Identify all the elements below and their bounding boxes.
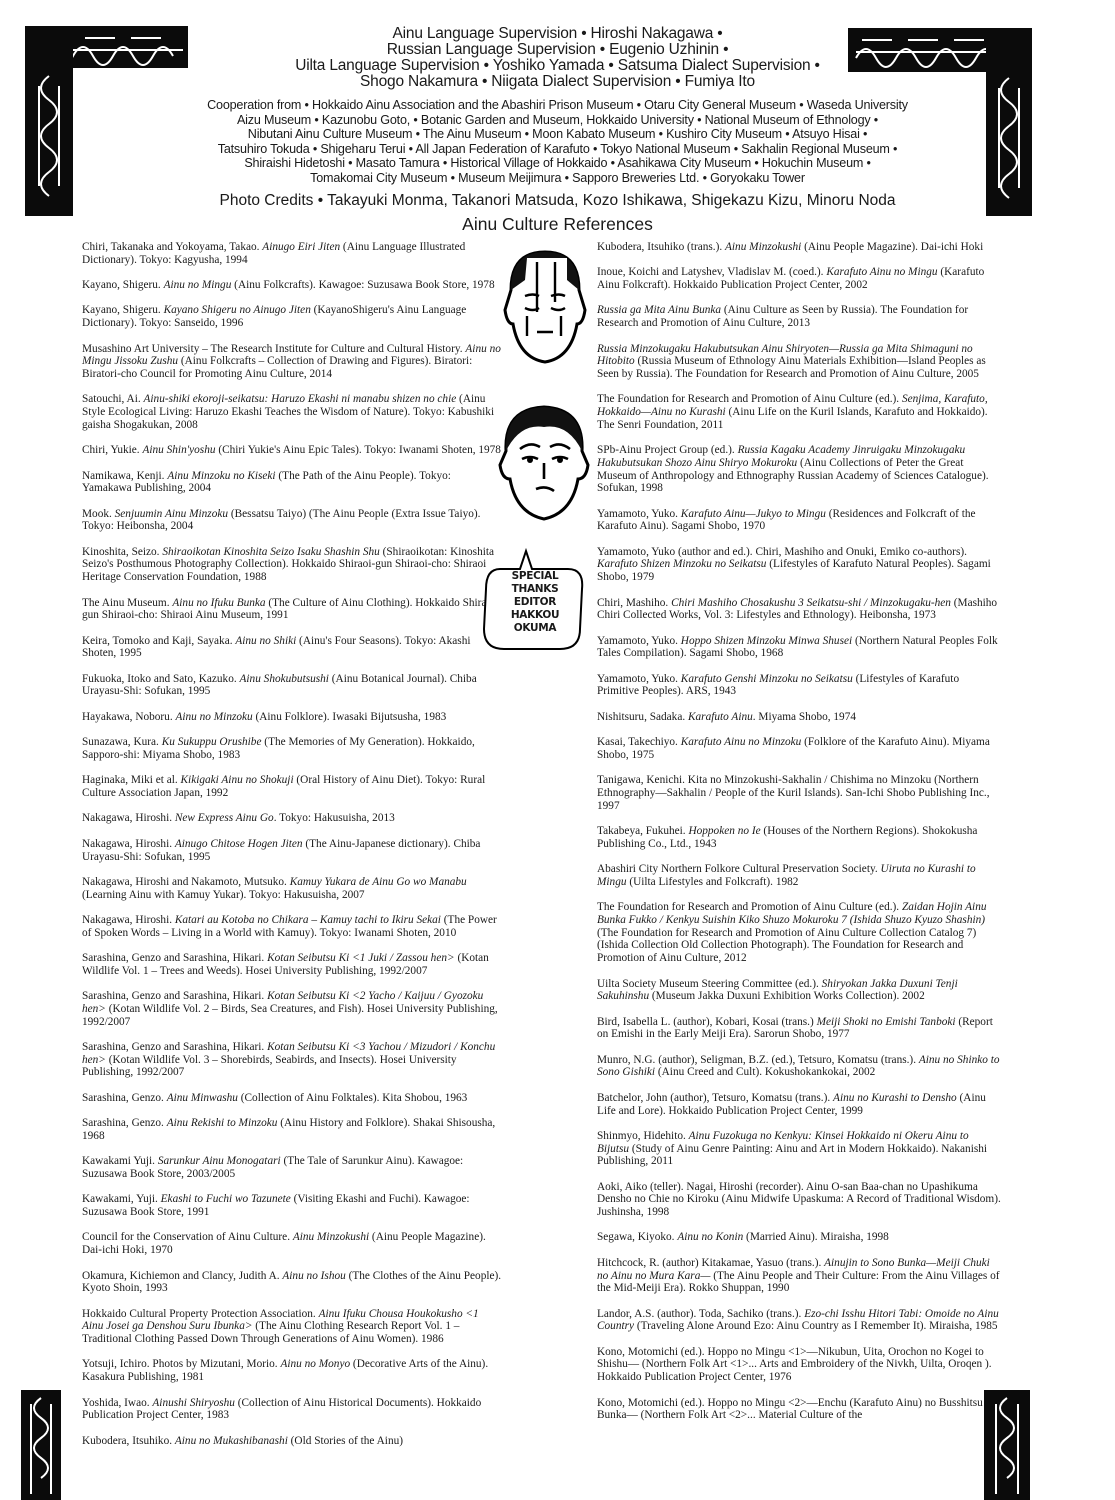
reference-details: (Russia Museum of Ethnology Ainu Materia… [597, 355, 986, 380]
reference-author: Tanigawa, Kenichi. Kita no Minzokushi-Sa… [597, 774, 990, 811]
reference-entry: Tanigawa, Kenichi. Kita no Minzokushi-Sa… [597, 774, 1002, 812]
reference-author: Kubodera, Itsuhiko (trans.). [597, 241, 725, 253]
reference-author: Hokkaido Cultural Property Protection As… [82, 1308, 319, 1320]
reference-entry: Kawakami Yuji. Sarunkur Ainu Monogatari … [82, 1155, 502, 1180]
reference-entry: Aoki, Aiko (teller). Nagai, Hiroshi (rec… [597, 1181, 1002, 1219]
reference-title: Ekashi to Fuchi wo Tazunete [161, 1193, 291, 1205]
reference-title: Ainu no Shiki [235, 635, 296, 647]
reference-title: Katari au Kotoba no Chikara – Kamuy tach… [175, 914, 441, 926]
reference-author: Kasai, Takechiyo. [597, 736, 681, 748]
reference-entry: Mook. Senjuumin Ainu Minzoku (Bessatsu T… [82, 508, 502, 533]
reference-entry: Council for the Conservation of Ainu Cul… [82, 1231, 502, 1256]
reference-entry: Kono, Motomichi (ed.). Hoppo no Mingu <2… [597, 1397, 1002, 1422]
reference-title: Ainu Shin'yoshu [142, 444, 215, 456]
references-heading: Ainu Culture References [100, 213, 1015, 235]
reference-title: Ainu no Mingu [164, 279, 232, 291]
reference-title: Hoppo Shizen Minzoku Minwa Shusei [681, 635, 852, 647]
reference-entry: The Foundation for Research and Promotio… [597, 901, 1002, 965]
reference-details: . Miyama Shobo, 1974 [753, 711, 856, 723]
reference-entry: Namikawa, Kenji. Ainu Minzoku no Kiseki … [82, 470, 502, 495]
reference-author: Hitchcock, R. (author) Kitakamae, Yasuo … [597, 1257, 824, 1269]
reference-entry: SPb-Ainu Project Group (ed.). Russia Kag… [597, 444, 1002, 495]
reference-entry: Yamamoto, Yuko. Karafuto Genshi Minzoku … [597, 673, 1002, 698]
references-left-column: Chiri, Takanaka and Yokoyama, Takao. Ain… [82, 241, 502, 1460]
reference-entry: Chiri, Yukie. Ainu Shin'yoshu (Chiri Yuk… [82, 444, 502, 457]
reference-details: (Ainu Folkcrafts). Kawagoe: Suzusawa Boo… [231, 279, 494, 291]
reference-entry: Landor, A.S. (author). Toda, Sachiko (tr… [597, 1308, 1002, 1333]
reference-author: Kubodera, Itsuhiko. [82, 1435, 175, 1447]
reference-entry: Sarashina, Genzo. Ainu Rekishi to Minzok… [82, 1117, 502, 1142]
reference-author: Bird, Isabella L. (author), Kobari, Kosa… [597, 1016, 817, 1028]
reference-title: Kamuy Yukara de Ainu Go wo Manabu [290, 876, 467, 888]
reference-title: Ainu no Ifuku Bunka [172, 597, 265, 609]
reference-author: Kayano, Shigeru. [82, 304, 164, 316]
character-face-illustration-1 [497, 250, 593, 370]
reference-title: Hoppoken no Ie [688, 825, 760, 837]
reference-entry: Kubodera, Itsuhiko (trans.). Ainu Minzok… [597, 241, 1002, 254]
reference-entry: Kawakami, Yuji. Ekashi to Fuchi wo Tazun… [82, 1193, 502, 1218]
reference-entry: Kasai, Takechiyo. Karafuto Ainu no Minzo… [597, 736, 1002, 761]
corner-ornament-bottom-left [21, 1390, 61, 1500]
reference-entry: Russia ga Mita Ainu Bunka (Ainu Culture … [597, 304, 1002, 329]
reference-author: Sarashina, Genzo and Sarashina, Hikari. [82, 990, 267, 1002]
reference-author: Yotsuji, Ichiro. Photos by Mizutani, Mor… [82, 1358, 280, 1370]
reference-details: (Ainu Folklore). Iwasaki Bijutsusha, 198… [253, 711, 447, 723]
reference-author: Sarashina, Genzo and Sarashina, Hikari. [82, 1041, 267, 1053]
ainu-pattern-icon [25, 26, 73, 216]
reference-details: (Uilta Lifestyles and Folkcraft). 1982 [627, 876, 799, 888]
reference-title: Ku Sukuppu Orushibe [162, 736, 262, 748]
reference-entry: Kinoshita, Seizo. Shiraoikotan Kinoshita… [82, 546, 502, 584]
reference-title: Ainugo Chitose Hogen Jiten [175, 838, 303, 850]
reference-author: The Foundation for Research and Promotio… [597, 393, 902, 405]
reference-title: Ainu Minzokushi [725, 241, 801, 253]
cooperation-line: Shiraishi Hidetoshi • Masato Tamura • Hi… [100, 156, 1015, 171]
reference-title: Karafuto Ainu no Mingu [826, 266, 937, 278]
reference-entry: Abashiri City Northern Folkore Cultural … [597, 863, 1002, 888]
reference-details: (Collection of Ainu Folktales). Kita Sho… [238, 1092, 467, 1104]
photo-credits: Photo Credits • Takayuki Monma, Takanori… [100, 191, 1015, 211]
reference-title: Karafuto Ainu no Minzoku [681, 736, 802, 748]
bubble-line: SPECIAL [489, 570, 581, 583]
reference-author: Yoshida, Iwao. [82, 1397, 152, 1409]
reference-entry: Nakagawa, Hiroshi. New Express Ainu Go. … [82, 812, 502, 825]
reference-entry: Munro, N.G. (author), Seligman, B.Z. (ed… [597, 1054, 1002, 1079]
reference-author: SPb-Ainu Project Group (ed.). [597, 444, 738, 456]
reference-title: Kotan Seibutsu Ki <1 Juki / Zassou hen> [267, 952, 455, 964]
reference-details: (The Foundation for Research and Promoti… [597, 927, 976, 964]
reference-entry: Sarashina, Genzo and Sarashina, Hikari. … [82, 952, 502, 977]
reference-author: Hayakawa, Noboru. [82, 711, 175, 723]
reference-author: Munro, N.G. (author), Seligman, B.Z. (ed… [597, 1054, 919, 1066]
reference-entry: Sarashina, Genzo. Ainu Minwashu (Collect… [82, 1092, 502, 1105]
reference-title: Ainu Shokubutsushi [240, 673, 329, 685]
reference-title: Ainu no Monyo [280, 1358, 350, 1370]
reference-entry: Yoshida, Iwao. Ainushi Shiryoshu (Collec… [82, 1397, 502, 1422]
reference-entry: Sarashina, Genzo and Sarashina, Hikari. … [82, 990, 502, 1028]
reference-title: Karafuto Genshi Minzoku no Seikatsu [681, 673, 853, 685]
reference-author: Kono, Motomichi (ed.). Hoppo no Mingu <1… [597, 1346, 992, 1383]
reference-entry: Nishitsuru, Sadaka. Karafuto Ainu. Miyam… [597, 711, 1002, 724]
reference-entry: Nakagawa, Hiroshi and Nakamoto, Mutsuko.… [82, 876, 502, 901]
reference-title: Senjuumin Ainu Minzoku [115, 508, 228, 520]
reference-title: New Express Ainu Go [175, 812, 274, 824]
reference-entry: Chiri, Takanaka and Yokoyama, Takao. Ain… [82, 241, 502, 266]
reference-author: Kawakami Yuji. [82, 1155, 158, 1167]
reference-title: Ainu Rekishi to Minzoku [167, 1117, 278, 1129]
reference-author: Landor, A.S. (author). Toda, Sachiko (tr… [597, 1308, 804, 1320]
reference-entry: Satouchi, Ai. Ainu-shiki ekoroji-seikats… [82, 393, 502, 431]
reference-entry: Yamamoto, Yuko. Karafuto Ainu—Jukyo to M… [597, 508, 1002, 533]
credits-block: Ainu Language Supervision • Hiroshi Naka… [100, 26, 1015, 235]
reference-title: Ainu no Kurashi to Densho [833, 1092, 957, 1104]
cooperation-line: Nibutani Ainu Culture Museum • The Ainu … [100, 127, 1015, 142]
reference-details: (Learning Ainu with Kamuy Yukar). Tokyo:… [82, 889, 365, 901]
reference-author: Okamura, Kichiemon and Clancy, Judith A. [82, 1270, 282, 1282]
reference-author: Sunazawa, Kura. [82, 736, 162, 748]
reference-details: (Kotan Wildlife Vol. 2 – Birds, Sea Crea… [82, 1003, 498, 1028]
reference-author: Batchelor, John (author), Tetsuro, Komat… [597, 1092, 833, 1104]
reference-title: Karafuto Shizen Minzoku no Seikatsu [597, 558, 766, 570]
reference-author: Satouchi, Ai. [82, 393, 144, 405]
reference-entry: Segawa, Kiyoko. Ainu no Konin (Married A… [597, 1231, 1002, 1244]
supervision-line: Russian Language Supervision • Eugenio U… [100, 42, 1015, 58]
reference-details: (Ainu People Magazine). Dai-ichi Hoki [801, 241, 983, 253]
reference-author: Kawakami, Yuji. [82, 1193, 161, 1205]
reference-entry: Hitchcock, R. (author) Kitakamae, Yasuo … [597, 1257, 1002, 1295]
reference-author: Mook. [82, 508, 115, 520]
reference-title: Ainu no Ishou [282, 1270, 345, 1282]
reference-author: Sarashina, Genzo. [82, 1092, 167, 1104]
reference-author: Yamamoto, Yuko. [597, 508, 681, 520]
corner-ornament-top-left-side [25, 26, 73, 216]
reference-entry: Inoue, Koichi and Latyshev, Vladislav M.… [597, 266, 1002, 291]
cooperation-line: Tomakomai City Museum • Museum Meijimura… [100, 171, 1015, 186]
reference-entry: Nakagawa, Hiroshi. Ainugo Chitose Hogen … [82, 838, 502, 863]
reference-details: (Old Stories of the Ainu) [288, 1435, 403, 1447]
reference-author: Sarashina, Genzo and Sarashina, Hikari. [82, 952, 267, 964]
reference-title: Ainu no Minzoku [175, 711, 252, 723]
reference-details: (Traveling Alone Around Ezo: Ainu Countr… [634, 1320, 998, 1332]
reference-author: Musashino Art University – The Research … [82, 343, 465, 355]
reference-entry: Yamamoto, Yuko. Hoppo Shizen Minzoku Min… [597, 635, 1002, 660]
reference-author: Sarashina, Genzo. [82, 1117, 167, 1129]
reference-author: Takabeya, Fukuhei. [597, 825, 688, 837]
reference-author: Yamamoto, Yuko (author and ed.). Chiri, … [597, 546, 967, 558]
reference-title: Karafuto Ainu—Jukyo to Mingu [681, 508, 826, 520]
supervision-line: Uilta Language Supervision • Yoshiko Yam… [100, 58, 1015, 74]
reference-author: Segawa, Kiyoko. [597, 1231, 677, 1243]
reference-entry: Hokkaido Cultural Property Protection As… [82, 1308, 502, 1346]
reference-author: Nakagawa, Hiroshi. [82, 838, 175, 850]
reference-author: Shinmyo, Hidehito. [597, 1130, 689, 1142]
supervision-credits: Ainu Language Supervision • Hiroshi Naka… [100, 26, 1015, 90]
reference-entry: Hayakawa, Noboru. Ainu no Minzoku (Ainu … [82, 711, 502, 724]
supervision-line: Shogo Nakamura • Niigata Dialect Supervi… [100, 74, 1015, 90]
reference-author: Yamamoto, Yuko. [597, 673, 681, 685]
reference-author: Haginaka, Miki et al. [82, 774, 181, 786]
reference-title: Russia ga Mita Ainu Bunka [597, 304, 721, 316]
reference-details: (Kotan Wildlife Vol. 3 – Shorebirds, Sea… [82, 1054, 457, 1079]
reference-author: Nakagawa, Hiroshi and Nakamoto, Mutsuko. [82, 876, 290, 888]
ainu-pattern-icon [21, 1390, 61, 1500]
reference-author: Chiri, Takanaka and Yokoyama, Takao. [82, 241, 262, 253]
reference-title: Karafuto Ainu [688, 711, 753, 723]
reference-author: Chiri, Yukie. [82, 444, 142, 456]
reference-entry: The Foundation for Research and Promotio… [597, 393, 1002, 431]
cooperation-credits: Cooperation from • Hokkaido Ainu Associa… [100, 98, 1015, 186]
reference-title: Shiraoikotan Kinoshita Seizo Isaku Shash… [162, 546, 379, 558]
reference-entry: Uilta Society Museum Steering Committee … [597, 978, 1002, 1003]
reference-entry: Haginaka, Miki et al. Kikigaki Ainu no S… [82, 774, 502, 799]
cooperation-line: Cooperation from • Hokkaido Ainu Associa… [100, 98, 1015, 113]
reference-title: Ainu-shiki ekoroji-seikatsu: Haruzo Ekas… [144, 393, 457, 405]
reference-entry: Shinmyo, Hidehito. Ainu Fuzokuga no Kenk… [597, 1130, 1002, 1168]
reference-entry: Kayano, Shigeru. Kayano Shigeru no Ainug… [82, 304, 502, 329]
reference-title: Ainu Minzokushi [293, 1231, 369, 1243]
reference-details: . Tokyo: Hakusuisha, 2013 [274, 812, 395, 824]
bubble-line: EDITOR HAKKOU [489, 596, 581, 622]
reference-entry: Kubodera, Itsuhiko. Ainu no Mukashibanas… [82, 1435, 502, 1448]
reference-author: Namikawa, Kenji. [82, 470, 167, 482]
references-right-column: Kubodera, Itsuhiko (trans.). Ainu Minzok… [597, 241, 1002, 1435]
reference-entry: Russia Minzokugaku Hakubutsukan Ainu Shi… [597, 343, 1002, 381]
reference-entry: Yamamoto, Yuko (author and ed.). Chiri, … [597, 546, 1002, 584]
reference-author: The Foundation for Research and Promotio… [597, 901, 902, 913]
reference-title: Ainugo Eiri Jiten [262, 241, 340, 253]
reference-author: Keira, Tomoko and Kaji, Sayaka. [82, 635, 235, 647]
reference-entry: Takabeya, Fukuhei. Hoppoken no Ie (House… [597, 825, 1002, 850]
reference-entry: Batchelor, John (author), Tetsuro, Komat… [597, 1092, 1002, 1117]
reference-details: (Study of Ainu Genre Painting: Ainu and … [597, 1143, 987, 1168]
reference-title: Meiji Shoki no Emishi Tanboki [817, 1016, 956, 1028]
reference-author: Yamamoto, Yuko. [597, 635, 681, 647]
reference-author: Kinoshita, Seizo. [82, 546, 162, 558]
reference-entry: Okamura, Kichiemon and Clancy, Judith A.… [82, 1270, 502, 1295]
supervision-line: Ainu Language Supervision • Hiroshi Naka… [100, 26, 1015, 42]
reference-author: Inoue, Koichi and Latyshev, Vladislav M.… [597, 266, 826, 278]
reference-entry: Kayano, Shigeru. Ainu no Mingu (Ainu Fol… [82, 279, 502, 292]
reference-title: Ainu Minwashu [167, 1092, 238, 1104]
reference-details: (Ainu Creed and Cult). Kokushokankokai, … [655, 1066, 875, 1078]
reference-author: Council for the Conservation of Ainu Cul… [82, 1231, 293, 1243]
reference-details: (Museum Jakka Duxuni Exhibition Works Co… [649, 990, 925, 1002]
reference-title: Kikigaki Ainu no Shokuji [181, 774, 294, 786]
reference-title: Ainu Minzoku no Kiseki [167, 470, 275, 482]
reference-entry: Sarashina, Genzo and Sarashina, Hikari. … [82, 1041, 502, 1079]
reference-author: Uilta Society Museum Steering Committee … [597, 978, 822, 990]
reference-author: Aoki, Aiko (teller). Nagai, Hiroshi (rec… [597, 1181, 1001, 1218]
reference-author: Fukuoka, Itoko and Sato, Kazuko. [82, 673, 240, 685]
reference-entry: Keira, Tomoko and Kaji, Sayaka. Ainu no … [82, 635, 502, 660]
character-face-illustration-2 [494, 405, 594, 525]
special-thanks-text: SPECIAL THANKS EDITOR HAKKOU OKUMA [489, 570, 581, 635]
reference-details: (Married Ainu). Miraisha, 1998 [743, 1231, 889, 1243]
reference-entry: Chiri, Mashiho. Chiri Mashiho Chosakushu… [597, 597, 1002, 622]
bubble-line: OKUMA [489, 622, 581, 635]
reference-author: Nakagawa, Hiroshi. [82, 812, 175, 824]
reference-author: Nakagawa, Hiroshi. [82, 914, 175, 926]
reference-title: Ainu no Konin [677, 1231, 743, 1243]
reference-author: Abashiri City Northern Folkore Cultural … [597, 863, 881, 875]
reference-title: Ainushi Shiryoshu [152, 1397, 235, 1409]
cooperation-line: Aizu Museum • Kazunobu Goto, • Botanic G… [100, 113, 1015, 128]
reference-title: Chiri Mashiho Chosakushu 3 Seikatsu-shi … [671, 597, 951, 609]
reference-entry: Nakagawa, Hiroshi. Katari au Kotoba no C… [82, 914, 502, 939]
reference-author: Chiri, Mashiho. [597, 597, 671, 609]
reference-entry: Yotsuji, Ichiro. Photos by Mizutani, Mor… [82, 1358, 502, 1383]
reference-details: (Chiri Yukie's Ainu Epic Tales). Tokyo: … [216, 444, 501, 456]
reference-entry: Kono, Motomichi (ed.). Hoppo no Mingu <1… [597, 1346, 1002, 1384]
reference-author: Nishitsuru, Sadaka. [597, 711, 688, 723]
reference-entry: Fukuoka, Itoko and Sato, Kazuko. Ainu Sh… [82, 673, 502, 698]
bubble-line: THANKS [489, 583, 581, 596]
reference-entry: Bird, Isabella L. (author), Kobari, Kosa… [597, 1016, 1002, 1041]
reference-author: The Ainu Museum. [82, 597, 172, 609]
reference-title: Kayano Shigeru no Ainugo Jiten [164, 304, 311, 316]
reference-entry: Musashino Art University – The Research … [82, 343, 502, 381]
reference-title: Sarunkur Ainu Monogatari [158, 1155, 281, 1167]
cooperation-line: Tatsuhiro Tokuda • Shigeharu Terui • All… [100, 142, 1015, 157]
reference-author: Kayano, Shigeru. [82, 279, 164, 291]
reference-entry: Sunazawa, Kura. Ku Sukuppu Orushibe (The… [82, 736, 502, 761]
reference-title: Ainu no Mukashibanashi [175, 1435, 288, 1447]
reference-author: Kono, Motomichi (ed.). Hoppo no Mingu <2… [597, 1397, 983, 1422]
reference-entry: The Ainu Museum. Ainu no Ifuku Bunka (Th… [82, 597, 502, 622]
